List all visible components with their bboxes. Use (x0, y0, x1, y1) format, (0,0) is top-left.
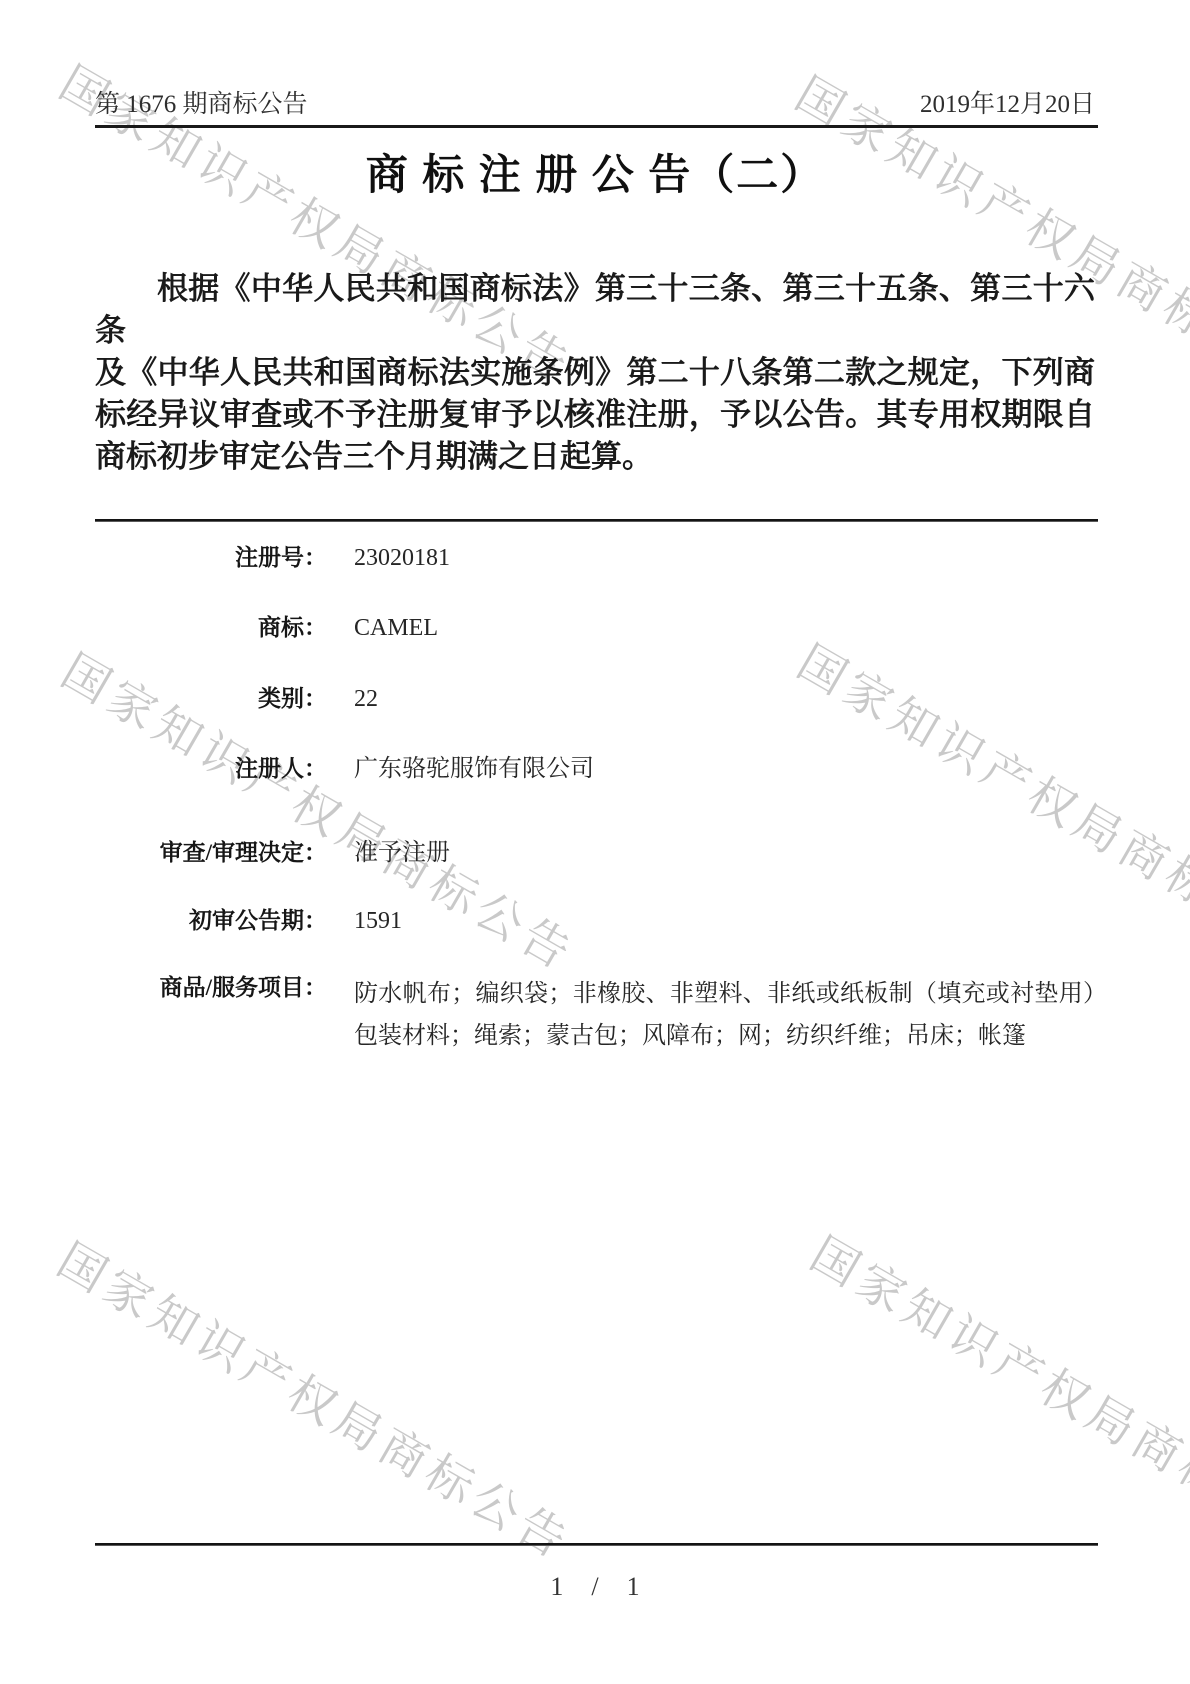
watermark-text: 国家知识产权局商标公告 (50, 1237, 578, 1569)
field-label: 商品/服务项目： (95, 973, 327, 1003)
intro-line-3: 标经异议审查或不予注册复审予以核准注册，予以公告。其专用权期限自 (95, 394, 1095, 436)
field-row-decision: 审查/审理决定： 准予注册 (95, 838, 1095, 868)
page-number: 1/1 (95, 1572, 1095, 1602)
field-value: 准予注册 (354, 838, 1095, 868)
field-row-registration-number: 注册号： 23020181 (95, 543, 1095, 573)
intro-line-2: 及《中华人民共和国商标法实施条例》第二十八条第二款之规定，下列商 (95, 352, 1095, 394)
page-title: 商 标 注 册 公 告（二） (95, 142, 1095, 202)
header-rule (95, 125, 1098, 128)
page-number-current: 1 (550, 1572, 563, 1602)
gazette-issue-label: 第 1676 期商标公告 (95, 84, 308, 120)
page-header: 第 1676 期商标公告 2019年12月20日 (95, 84, 1095, 120)
field-row-trademark: 商标： CAMEL (95, 613, 1095, 643)
field-label: 类别： (95, 684, 327, 714)
field-label: 商标： (95, 613, 327, 643)
intro-paragraph: 根据《中华人民共和国商标法》第三十三条、第三十五条、第三十六条 及《中华人民共和… (95, 268, 1095, 478)
field-row-registrant: 注册人： 广东骆驼服饰有限公司 (95, 754, 1095, 784)
field-row-class: 类别： 22 (95, 684, 1095, 714)
field-value: 1591 (354, 906, 1095, 936)
field-value: 23020181 (354, 543, 1095, 573)
field-value: 防水帆布；编织袋；非橡胶、非塑料、非纸或纸板制（填充或衬垫用）包装材料；绳索；蒙… (354, 973, 1095, 1057)
announcement-page: 国家知识产权局商标公告 国家知识产权局商标公告 国家知识产权局商标公告 国家知识… (0, 0, 1190, 1684)
field-value: 22 (354, 684, 1095, 714)
gazette-date-label: 2019年12月20日 (920, 84, 1095, 120)
field-label: 注册人： (95, 754, 327, 784)
intro-line-4: 商标初步审定公告三个月期满之日起算。 (95, 436, 1095, 478)
field-value: CAMEL (354, 613, 1095, 643)
footer-rule (95, 1543, 1098, 1546)
intro-line-1: 根据《中华人民共和国商标法》第三十三条、第三十五条、第三十六条 (95, 268, 1095, 352)
field-row-goods-services: 商品/服务项目： 防水帆布；编织袋；非橡胶、非塑料、非纸或纸板制（填充或衬垫用）… (95, 973, 1095, 1057)
field-label: 注册号： (95, 543, 327, 573)
field-value: 广东骆驼服饰有限公司 (354, 754, 1095, 784)
watermark-text: 国家知识产权局商标公告 (803, 1231, 1190, 1563)
page-number-separator: / (591, 1572, 598, 1602)
page-number-total: 1 (627, 1572, 640, 1602)
section-rule (95, 519, 1098, 522)
field-row-preliminary-gazette: 初审公告期： 1591 (95, 906, 1095, 936)
field-label: 初审公告期： (95, 906, 327, 936)
field-label: 审查/审理决定： (95, 838, 327, 868)
